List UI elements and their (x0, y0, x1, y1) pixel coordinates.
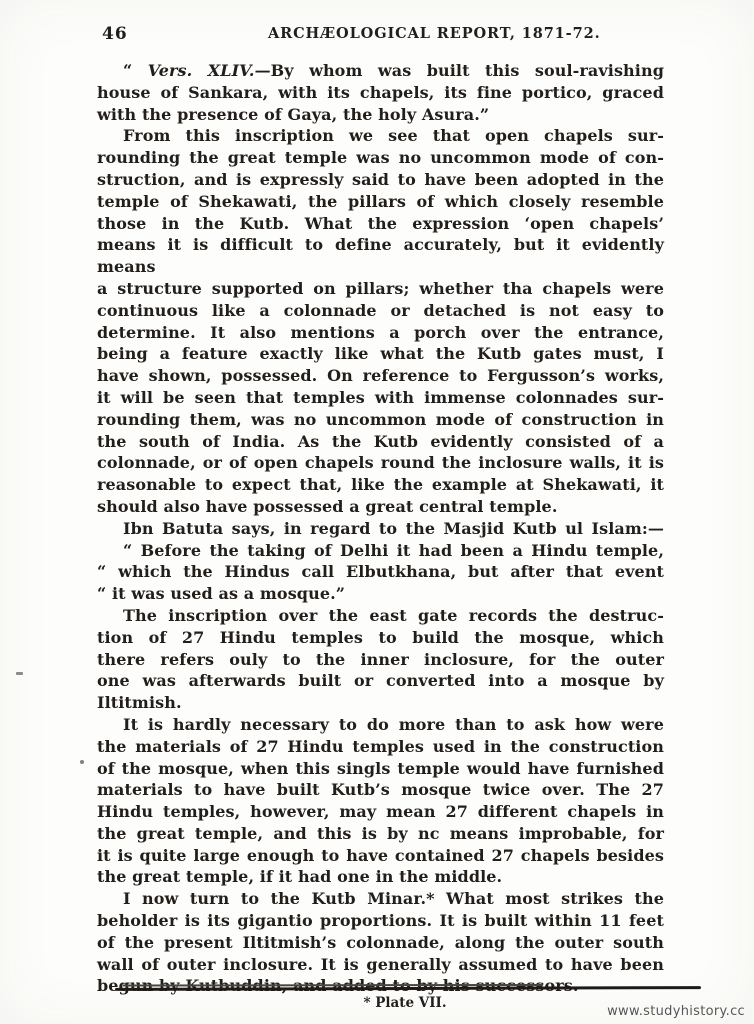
paragraph-inscription-discussion: From this inscription we see that open c… (97, 125, 664, 517)
text-line: of the present Iltitmish’s colonnade, al… (97, 932, 664, 954)
text-line: the great temple, if it had one in the m… (97, 866, 664, 888)
paragraph-materials-argument: It is hardly necessary to do more than t… (97, 714, 664, 888)
site-watermark: www.studyhistory.cc (607, 1004, 745, 1019)
text-line: “ which the Hindus call Elbutkhana, but … (97, 561, 664, 583)
text-line: determine. It also mentions a porch over… (97, 322, 664, 344)
text-line: those in the Kutb. What the expression ‘… (97, 213, 664, 235)
verse-quote-paragraph: house of Sankara, with its chapels, its … (97, 82, 664, 126)
text-line: the materials of 27 Hindu temples used i… (97, 736, 664, 758)
verse-quote-first-line: “ Vers. XLIV.—By whom was built this sou… (97, 60, 664, 82)
text-line: of the mosque, when this singls temple w… (97, 758, 664, 780)
text-line: the great temple, and this is by nc mean… (97, 823, 664, 845)
text-line: it will be seen that temples with immens… (97, 387, 664, 409)
text-line: reasonable to expect that, like the exam… (97, 474, 664, 496)
text-line: a structure supported on pillars; whethe… (97, 278, 664, 300)
text-line: there refers ouly to the inner inclosure… (97, 649, 664, 671)
paragraph-east-gate-inscription: The inscription over the east gate recor… (97, 605, 664, 714)
body-text-column: “ Vers. XLIV.—By whom was built this sou… (97, 60, 664, 997)
text-line: “ Before the taking of Delhi it had been… (97, 540, 664, 562)
scan-speck-dot (80, 760, 84, 764)
text-line: Iltitmish. (97, 692, 664, 714)
running-header-title: ARCHÆOLOGICAL REPORT, 1871-72. (268, 25, 544, 42)
text-line: Hindu temples, however, may mean 27 diff… (97, 801, 664, 823)
verse-citation: Vers. XLIV. (148, 61, 255, 80)
text-line: “ it was used as a mosque.” (97, 583, 664, 605)
text-line: should also have possessed a great centr… (97, 496, 664, 518)
verse-first-line-text: —By whom was built this soul-ravishing (255, 61, 664, 80)
text-line: colonnade, or of open chapels round the … (97, 452, 664, 474)
text-line: temple of Shekawati, the pillars of whic… (97, 191, 664, 213)
text-line: being a feature exactly like what the Ku… (97, 343, 664, 365)
text-line: rounding them, was no uncommon mode of c… (97, 409, 664, 431)
text-line: rounding the great temple was no uncommo… (97, 147, 664, 169)
text-line: house of Sankara, with its chapels, its … (97, 82, 664, 104)
text-line: From this inscription we see that open c… (97, 125, 664, 147)
scanned-document-page: 46 ARCHÆOLOGICAL REPORT, 1871-72. “ Vers… (0, 0, 754, 1024)
text-line: the south of India. As the Kutb evidentl… (97, 431, 664, 453)
footnote-plate-reference: * Plate VII. (340, 995, 470, 1011)
text-line: struction, and is expressly said to have… (97, 169, 664, 191)
text-line: means it is difficult to define accurate… (97, 234, 664, 278)
text-line: one was afterwards built or converted in… (97, 670, 664, 692)
text-line: it is quite large enough to have contain… (97, 845, 664, 867)
paragraph-ibn-batuta-intro: Ibn Batuta says, in regard to the Masjid… (97, 518, 664, 540)
page-number: 46 (102, 24, 128, 44)
paragraph-ibn-batuta-quote: “ Before the taking of Delhi it had been… (97, 540, 664, 605)
text-line: I now turn to the Kutb Minar.* What most… (97, 888, 664, 910)
text-line: wall of outer inclosure. It is generally… (97, 954, 664, 976)
scan-speck-dash (16, 672, 23, 675)
text-line: The inscription over the east gate recor… (97, 605, 664, 627)
text-line: materials to have built Kutb’s mosque tw… (97, 779, 664, 801)
text-line: beholder is its gigantio proportions. It… (97, 910, 664, 932)
opening-quote-mark: “ (123, 61, 148, 80)
text-line: tion of 27 Hindu temples to build the mo… (97, 627, 664, 649)
text-line: with the presence of Gaya, the holy Asur… (97, 104, 664, 126)
text-line: have shown, possessed. On reference to F… (97, 365, 664, 387)
text-line: It is hardly necessary to do more than t… (97, 714, 664, 736)
text-line: Ibn Batuta says, in regard to the Masjid… (97, 518, 664, 540)
text-line: continuous like a colonnade or detached … (97, 300, 664, 322)
paragraph-kutb-minar: I now turn to the Kutb Minar.* What most… (97, 888, 664, 997)
